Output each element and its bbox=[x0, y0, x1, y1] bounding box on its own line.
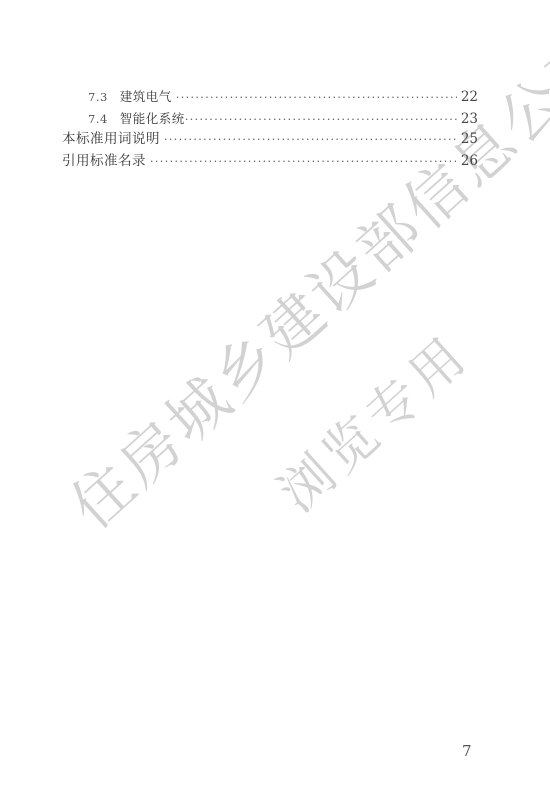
toc-entry-page: 26 bbox=[461, 151, 478, 173]
table-of-contents: 7.3 建筑电气 22 7.4 智能化系统 23 本标准用词说明 25 引用标准… bbox=[62, 86, 478, 172]
dot-leader bbox=[150, 151, 457, 173]
watermark-line-2: 浏览专用 bbox=[260, 314, 483, 525]
page-number: 7 bbox=[462, 742, 472, 760]
toc-entry-number: 7.3 bbox=[88, 87, 108, 109]
toc-entry-7-3[interactable]: 7.3 建筑电气 22 bbox=[62, 86, 478, 108]
toc-entry-title: 本标准用词说明 bbox=[62, 129, 160, 151]
dot-leader bbox=[185, 109, 457, 131]
toc-entry-title: 智能化系统 bbox=[120, 108, 185, 130]
toc-entry-title: 建筑电气 bbox=[120, 86, 172, 108]
toc-entry-page: 23 bbox=[461, 109, 478, 131]
toc-entry-referenced-standards[interactable]: 引用标准名录 26 bbox=[62, 151, 478, 173]
toc-entry-number: 7.4 bbox=[88, 109, 108, 131]
toc-entry-terminology[interactable]: 本标准用词说明 25 bbox=[62, 129, 478, 151]
toc-entry-page: 25 bbox=[461, 129, 478, 151]
toc-entry-7-4[interactable]: 7.4 智能化系统 23 bbox=[62, 108, 478, 130]
dot-leader bbox=[164, 129, 457, 151]
toc-entry-title: 引用标准名录 bbox=[62, 151, 146, 173]
toc-entry-page: 22 bbox=[461, 87, 478, 109]
dot-leader bbox=[176, 87, 457, 109]
